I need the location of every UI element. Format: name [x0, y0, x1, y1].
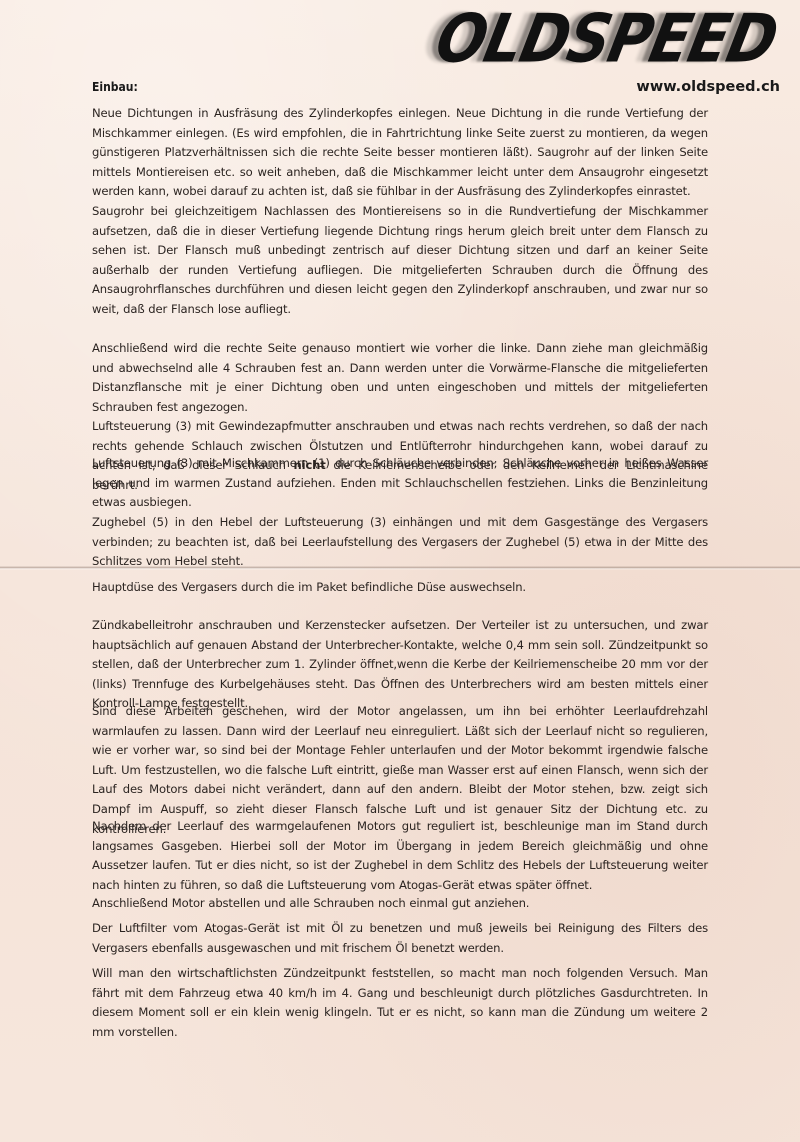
paragraph-2: Saugrohr bei gleichzeitigem Nachlassen d…: [92, 202, 708, 320]
oldspeed-logo: OLDSPEED: [445, 4, 785, 70]
section-heading: Einbau:: [92, 80, 138, 94]
paragraph-11: Anschließend Motor abstellen und alle Sc…: [92, 894, 708, 914]
paragraph-1: Neue Dichtungen in Ausfräsung des Zylind…: [92, 104, 708, 202]
paragraph-12: Der Luftfilter vom Atogas-Gerät ist mit …: [92, 919, 708, 958]
website-url: www.oldspeed.ch: [636, 79, 780, 95]
paragraph-5: Luftsteuerung (3) mit Mischkammern (1) d…: [92, 454, 708, 513]
paragraph-3: Anschließend wird die rechte Seite genau…: [92, 339, 708, 417]
paragraph-13: Will man den wirtschaftlichsten Zündzeit…: [92, 964, 708, 1042]
paragraph-6: Zughebel (5) in den Hebel der Luftsteuer…: [92, 513, 708, 572]
logo-text: OLDSPEED: [430, 4, 783, 73]
paragraph-10: Nachdem der Leerlauf des warmgelaufenen …: [92, 817, 708, 895]
paragraph-7: Hauptdüse des Vergasers durch die im Pak…: [92, 578, 708, 598]
paragraph-8: Zündkabelleitrohr anschrauben und Kerzen…: [92, 616, 708, 714]
